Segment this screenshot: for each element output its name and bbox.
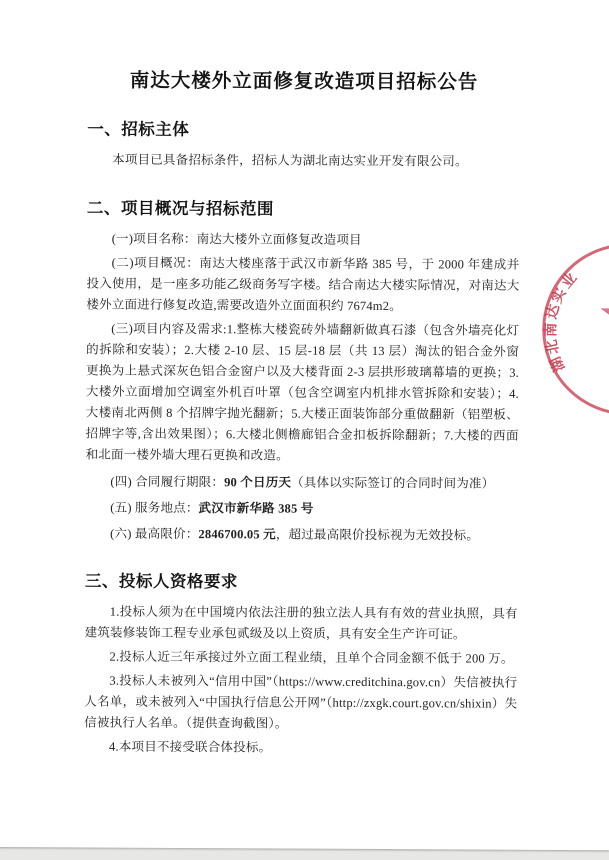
- document-page: 南达大楼外立面修复改造项目招标公告 一、招标主体 本项目已具备招标条件，招标人为…: [0, 0, 609, 850]
- price-ceiling-suffix: ，超过最高限价投标视为无效投标。: [276, 527, 479, 542]
- price-ceiling-value: 2846700.05 元: [198, 527, 275, 541]
- section-heading-bidding-entity: 一、招标主体: [87, 115, 520, 141]
- paragraph-project-overview: (二)项目概况：南达大楼座落于武汉市新华路 385 号，于 2000 年建成并投…: [86, 252, 519, 317]
- paragraph-project-name: (一)项目名称：南达大楼外立面修复改造项目: [87, 228, 520, 251]
- paragraph-qualification-3: 3.投标人未被列入“信用中国”（https://www.creditchina.…: [84, 670, 517, 735]
- contract-period-label: (四) 合同履行期限：: [110, 475, 224, 490]
- paragraph-qualification-1: 1.投标人须为在中国境内依法注册的独立法人具有有效的营业执照，具有建筑装修装饰工…: [85, 601, 518, 645]
- document-title: 南达大楼外立面修复改造项目招标公告: [87, 0, 521, 95]
- service-location-value: 武汉市新华路 385 号: [199, 501, 314, 516]
- paragraph-project-scope: (三)项目内容及需求:1.整栋大楼瓷砖外墙翻新做真石漆（包含外墙亮化灯的拆除和安…: [86, 318, 520, 467]
- paragraph-qualification-4: 4.本项目不接受联合体投标。: [84, 736, 517, 759]
- scanned-tender-notice: { "page": { "title": "南达大楼外立面修复改造项目招标公告"…: [0, 0, 609, 860]
- section-heading-project-overview: 二、项目概况与招标范围: [87, 194, 520, 220]
- price-ceiling-label: (六) 最高限价：: [110, 527, 198, 541]
- paragraph-service-location: (五) 服务地点：武汉市新华路 385 号: [85, 497, 518, 519]
- paragraph-bidding-entity: 本项目已具备招标条件，招标人为湖北南达实业开发有限公司。: [87, 149, 520, 172]
- paragraph-price-ceiling: (六) 最高限价：2846700.05 元，超过最高限价投标视为无效投标。: [85, 523, 518, 545]
- service-location-label: (五) 服务地点：: [110, 501, 198, 515]
- document-content: 南达大楼外立面修复改造项目招标公告 一、招标主体 本项目已具备招标条件，招标人为…: [0, 0, 609, 760]
- paragraph-contract-period: (四) 合同履行期限：90 个日历天（具体以实际签订的合同时间为准）: [85, 471, 518, 493]
- paragraph-qualification-2: 2.投标人近三年承接过外立面工程业绩，且单个合同金额不低于 200 万。: [84, 646, 517, 669]
- section-heading-bidder-qualifications: 三、投标人资格要求: [85, 567, 518, 593]
- contract-period-value: 90 个日历天: [224, 475, 291, 489]
- contract-period-suffix: （具体以实际签订的合同时间为准）: [291, 476, 494, 491]
